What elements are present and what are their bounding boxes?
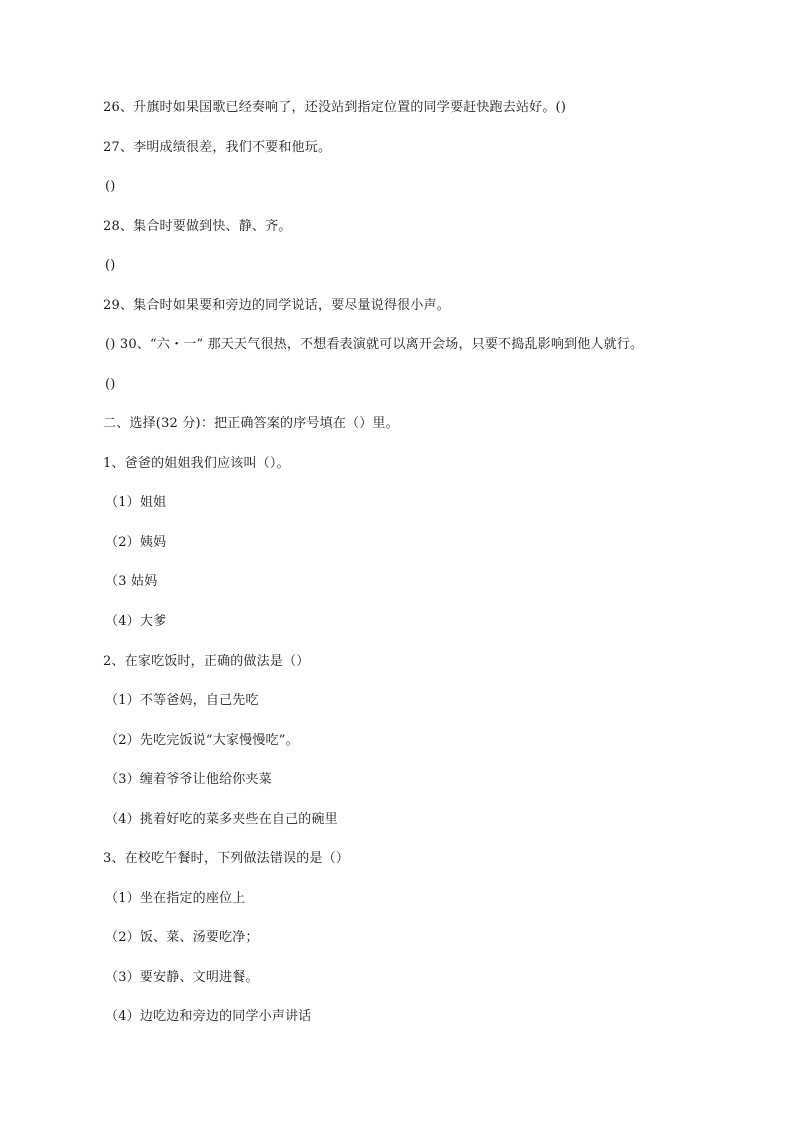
answer-blank-30: () [105,377,116,393]
choice-3-option-1: （1）坐在指定的座位上 [105,891,245,907]
choice-1-option-3: （3 姑妈 [105,574,157,590]
question-29: 29、集合时如果要和旁边的同学说话，要尽量说得很小声。 [103,298,450,314]
choice-2-option-1: （1）不等爸妈，自己先吃 [105,693,259,709]
choice-3-option-3: （3）要安静、文明进餐。 [105,970,259,986]
choice-2-option-4: （4）挑着好吃的菜多夹些在自己的碗里 [105,812,338,828]
answer-blank-27: () [105,179,116,195]
choice-2-option-3: （3）缠着爷爷让他给你夹菜 [105,772,272,788]
choice-question-2: 2、在家吃饭时，正确的做法是（） [103,654,309,670]
choice-1-option-1: （1）姐姐 [105,495,166,511]
choice-1-option-2: （2）姨妈 [105,535,166,551]
choice-3-option-4: （4）边吃边和旁边的同学小声讲话 [105,1009,311,1025]
question-27: 27、李明成绩很差，我们不要和他玩。 [103,140,331,156]
choice-3-option-2: （2）饭、菜、汤要吃净； [105,930,259,946]
choice-question-3: 3、在校吃午餐时，下列做法错误的是（） [103,851,349,867]
question-30: () 30、“六・一” 那天天气很热，不想看表演就可以离开会场，只要不捣乱影响到… [105,337,643,353]
choice-2-option-2: （2）先吃完饭说“大家慢慢吃”。 [105,733,299,749]
choice-question-1: 1、爸爸的姐姐我们应该叫（）。 [103,456,290,472]
question-26: 26、升旗时如果国歌已经奏响了，还没站到指定位置的同学要赶快跑去站好。() [103,100,566,116]
document-page: 26、升旗时如果国歌已经奏响了，还没站到指定位置的同学要赶快跑去站好。() 27… [0,0,800,1132]
choice-1-option-4: （4）大爹 [105,614,166,630]
section-two-heading: 二、选择(32 分)：把正确答案的序号填在（）里。 [103,416,399,432]
answer-blank-28: () [105,258,116,274]
question-28: 28、集合时要做到快、静、齐。 [103,219,292,235]
